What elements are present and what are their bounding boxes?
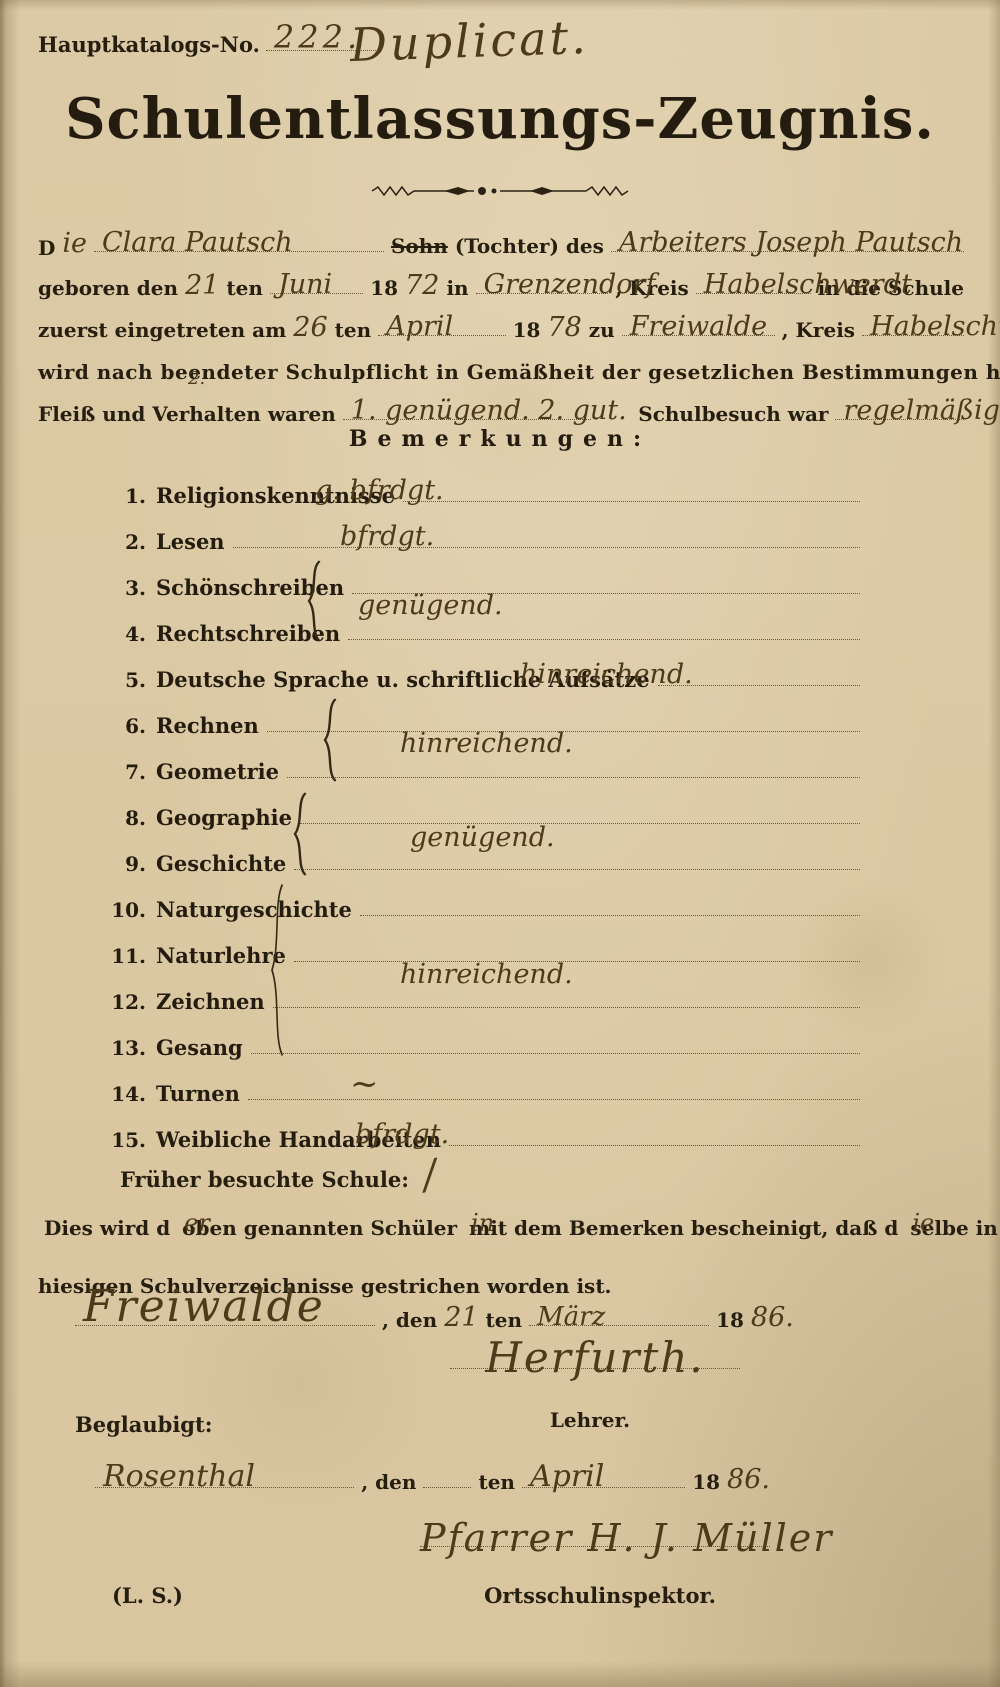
header-row: Hauptkatalogs-No. 222. (38, 32, 376, 57)
subject-label: Naturlehre (156, 943, 286, 968)
subject-label: Geometrie (156, 759, 279, 784)
in-label: in (446, 276, 468, 300)
printed-initial-d: D (38, 238, 55, 258)
subject-label: Gesang (156, 1035, 243, 1060)
subject-row-13: 13. Gesang (100, 1014, 860, 1060)
group-grade-3-4: genügend. (358, 590, 503, 621)
attest-ten-label: ten (478, 1470, 515, 1494)
subject-row-2: 2. Lesen bfrdgt. (100, 508, 860, 554)
dismissal-text: wird nach beendeter Schulpflicht in Gemä… (38, 360, 1000, 384)
subject-number: 14. (100, 1082, 156, 1106)
gender-handwritten-1: er (184, 1209, 210, 1237)
dotted-line (287, 775, 860, 778)
teacher-role-label: Lehrer. (440, 1408, 740, 1432)
remarks-heading: Bemerkungen: (0, 426, 1000, 452)
certify-text-b: oben genannten Schüler (182, 1216, 457, 1240)
school-place-blank: Freiwalde (622, 333, 775, 336)
entered-label: zuerst eingetreten am (38, 318, 286, 342)
attest-label: Beglaubigt: (75, 1412, 212, 1437)
birthplace-blank: Grenzendorf (476, 291, 609, 294)
brace-3-4 (306, 560, 322, 642)
intro-line-5: 2. Fleiß und Verhalten waren 1. genügend… (38, 384, 964, 426)
dotted-line (449, 1143, 860, 1146)
intro-line-4: wird nach beendeter Schulpflicht in Gemä… (38, 342, 964, 384)
century-label-2: 18 (513, 318, 541, 342)
attest-date-line: Rosenthal , den ten April 18 86. (95, 1452, 770, 1494)
subject-number: 11. (100, 944, 156, 968)
duplicate-annotation: Duplicat. (349, 10, 589, 72)
brace-6-7 (322, 698, 338, 782)
conduct-handwritten: 1. genügend. 2. gut. (351, 395, 627, 426)
catalog-number-label: Hauptkatalogs-No. (38, 32, 260, 57)
century-label-1: 18 (370, 276, 398, 300)
seal-placeholder-label: (L. S.) (112, 1583, 183, 1608)
issue-place-blank: Freiwalde (75, 1323, 375, 1326)
subject-number: 3. (100, 576, 156, 600)
subject-number: 4. (100, 622, 156, 646)
subject-label: Geschichte (156, 851, 286, 876)
document-title: Schulentlassungs-Zeugnis. (0, 86, 1000, 152)
subject-number: 8. (100, 806, 156, 830)
dotted-line (251, 1051, 860, 1054)
attest-den-label: , den (361, 1470, 416, 1494)
zu-label: zu (589, 318, 615, 342)
attest-month-blank: April (522, 1485, 685, 1488)
kreis-label-2: , Kreis (782, 318, 855, 342)
order-correction-mark: 2. (188, 368, 205, 389)
birth-month-handwritten: Juni (278, 269, 332, 300)
inspector-signature-block: Pfarrer H. J. Müller (420, 1496, 770, 1547)
conduct-blank: 1. genügend. 2. gut. (343, 417, 591, 420)
attest-place-blank: Rosenthal (95, 1485, 354, 1488)
entry-month-blank: April (378, 333, 505, 336)
subject-label: Geographie (156, 805, 292, 830)
subject-label: Lesen (156, 529, 225, 554)
brace-10-13 (268, 882, 286, 1058)
catalog-number-handwritten: 222. (274, 18, 361, 56)
attest-day-blank (423, 1485, 471, 1488)
subject-row-5: 5. Deutsche Sprache u. schriftliche Aufs… (100, 646, 860, 692)
dotted-line (273, 1005, 860, 1008)
grade-handwritten: g. bfrdgt. (315, 475, 444, 506)
certify-line-1: Dies wird d er oben genannten Schüler in… (38, 1182, 964, 1240)
dotted-line (403, 499, 860, 502)
birth-kreis-blank: Habelschwerdt (696, 291, 811, 294)
subject-number: 12. (100, 990, 156, 1014)
sohn-struck-label: Sohn (391, 234, 448, 258)
subject-number: 10. (100, 898, 156, 922)
attendance-handwritten: regelmäßig. (843, 395, 1000, 426)
conduct-label: Fleiß und Verhalten waren (38, 402, 336, 426)
subject-number: 5. (100, 668, 156, 692)
entry-year-handwritten: 78 (547, 312, 581, 343)
father-name-handwritten: Arbeiters Joseph Pautsch (619, 227, 963, 258)
dotted-line (300, 821, 860, 824)
school-kreis-blank: Habelschwerdt (862, 333, 964, 336)
attendance-label: Schulbesuch war (638, 402, 828, 426)
school-kreis-handwritten: Habelschwerdt (870, 311, 1000, 342)
birth-month-blank: Juni (270, 291, 363, 294)
subject-label: Naturgeschichte (156, 897, 352, 922)
subject-row-1: 1. Religionskenntnisse g. bfrdgt. (100, 462, 860, 508)
pupil-name-blank: Clara Pautsch (94, 249, 384, 252)
birthplace-handwritten: Grenzendorf (484, 269, 656, 300)
subject-number: 13. (100, 1036, 156, 1060)
certify-text-a: Dies wird d (44, 1216, 170, 1240)
grade-dash-mark: ~ (350, 1064, 379, 1104)
intro-line-1: D ie Clara Pautsch Sohn (Tochter) des Ar… (38, 216, 964, 258)
father-name-blank: Arbeiters Joseph Pautsch (611, 249, 964, 252)
dotted-line (294, 867, 860, 870)
attest-century-label: 18 (692, 1470, 720, 1494)
subjects-list: 1. Religionskenntnisse g. bfrdgt. 2. Les… (100, 462, 860, 1154)
ornament-divider (370, 183, 630, 199)
issue-place-handwritten: Freiwalde (83, 1281, 325, 1332)
attest-month-handwritten: April (530, 1459, 604, 1494)
subject-number: 6. (100, 714, 156, 738)
teacher-signature-block: Herfurth. (450, 1318, 740, 1369)
dotted-line (348, 637, 860, 640)
subject-number: 1. (100, 484, 156, 508)
group-grade-10-13: hinreichend. (400, 959, 573, 990)
subject-row-14: 14. Turnen ~ (100, 1060, 860, 1106)
subject-row-10: 10. Naturgeschichte (100, 876, 860, 922)
group-grade-6-7: hinreichend. (400, 728, 573, 759)
ten-label-2: ten (335, 318, 372, 342)
pupil-name-handwritten: Clara Pautsch (102, 227, 293, 258)
dotted-line (294, 959, 860, 962)
subject-number: 2. (100, 530, 156, 554)
birth-kreis-handwritten: Habelschwerdt (704, 269, 912, 300)
dotted-line (248, 1097, 860, 1100)
intro-line-2: geboren den 21 ten Juni 18 72 in Grenzen… (38, 258, 964, 300)
intro-line-3: zuerst eingetreten am 26 ten April 18 78… (38, 300, 964, 342)
tochter-des-label: (Tochter) des (455, 234, 604, 258)
gender-handwritten-2: in (471, 1209, 494, 1237)
born-label: geboren den (38, 276, 178, 300)
subject-number: 9. (100, 852, 156, 876)
attest-place-handwritten: Rosenthal (103, 1459, 255, 1494)
dotted-line (233, 545, 860, 548)
den-label: , den (382, 1308, 437, 1332)
birth-day-handwritten: 21 (185, 270, 219, 301)
teacher-signature-handwritten: Herfurth. (450, 1333, 740, 1382)
inspector-signature-handwritten: Pfarrer H. J. Müller (420, 1516, 770, 1560)
entry-day-handwritten: 26 (293, 312, 327, 343)
subject-label: Turnen (156, 1081, 240, 1106)
attest-year-handwritten: 86. (727, 1464, 770, 1495)
group-grade-8-9: genügend. (410, 822, 555, 853)
gender-handwritten-3: ie (912, 1209, 934, 1237)
grade-handwritten: hinreichend. (520, 659, 693, 690)
issue-year-handwritten: 86. (751, 1302, 794, 1333)
school-place-handwritten: Freiwalde (630, 311, 767, 342)
entry-month-handwritten: April (386, 311, 453, 342)
attendance-blank: regelmäßig. (835, 417, 964, 420)
certificate-page: Hauptkatalogs-No. 222. Duplicat. Schulen… (0, 0, 1000, 1687)
inspector-role-label: Ortsschulinspektor. (440, 1583, 760, 1608)
ten-label-1: ten (226, 276, 263, 300)
intro-paragraph: D ie Clara Pautsch Sohn (Tochter) des Ar… (38, 216, 964, 426)
subject-label: Zeichnen (156, 989, 265, 1014)
certify-text-c: mit dem Bemerken bescheinigt, daß d (469, 1216, 898, 1240)
subject-label: Rechnen (156, 713, 259, 738)
birth-year-handwritten: 72 (405, 270, 439, 301)
brace-8-9 (292, 792, 308, 876)
grade-handwritten: bfrdgt. (340, 521, 434, 552)
handwritten-ie: ie (62, 228, 87, 259)
subject-number: 7. (100, 760, 156, 784)
dotted-line (360, 913, 860, 916)
